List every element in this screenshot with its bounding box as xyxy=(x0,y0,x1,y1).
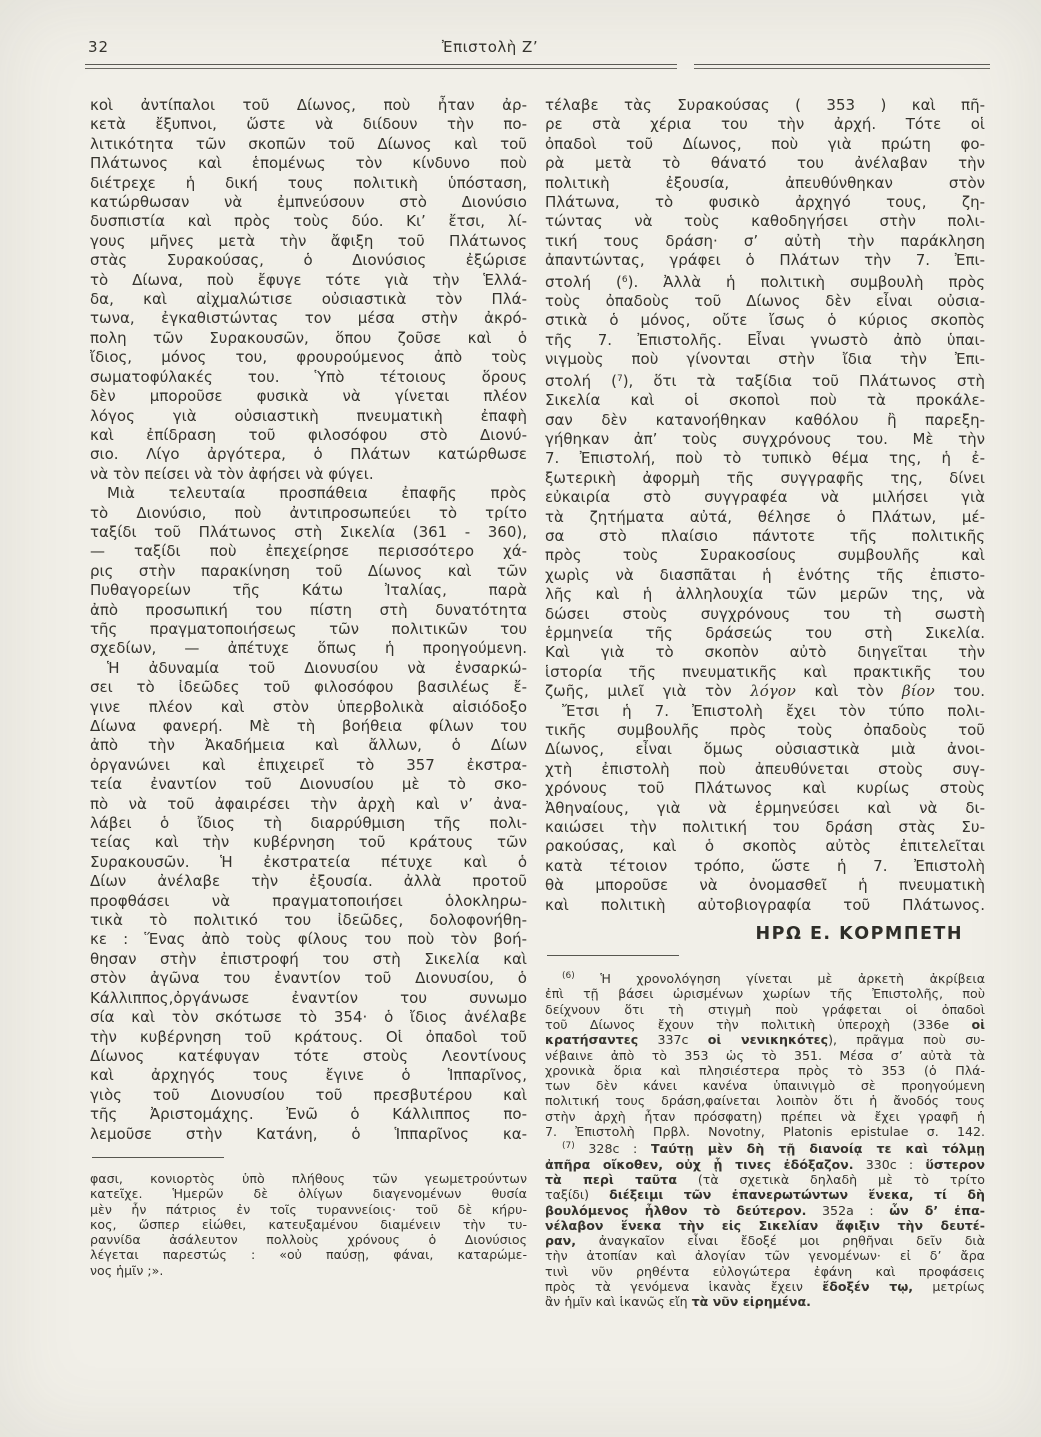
text-line: στὰς Συρακούσας, ὁ Διονύσιος ἐξώρισε xyxy=(90,251,527,270)
text-line: γιὸς τοῦ Διονυσίου τοῦ πρεσβυτέρου καὶ xyxy=(90,1086,527,1105)
text-line: κε : Ἕνας ἀπὸ τοὺς φίλους του ποὺ τὸν βο… xyxy=(90,930,527,949)
text-line: ἀπαντώντας, γράφει ὁ Πλάτων τὴν 7. Ἐπι- xyxy=(545,251,985,270)
text-line: τεία ἐναντίον τοῦ Διονυσίου μὲ τὸ σκο- xyxy=(90,775,527,794)
text-line: τοῦ Δίωνος ἔχουν τὴν πολιτικὴ ὑπεροχὴ (3… xyxy=(545,1017,985,1032)
text-line: στολή (6). Ἀλλὰ ἡ πολιτικὴ συμβουλὴ πρὸς xyxy=(545,271,985,292)
text-line: Δίων ἀνέλαβε τὴν ἐξουσία. ἀλλὰ προτοῦ xyxy=(90,872,527,891)
text-line: Δίωνος, εἶναι ὅμως οὐσιαστικὰ μιὰ ἀνοι- xyxy=(545,740,985,759)
text-line: κος, ὥσπερ εἰώθει, κατευξαμένου διαμένει… xyxy=(90,1217,527,1232)
text-line: τὸ Διονύσιο, ποὺ ἀντιπροσωπεύει τὸ τρίτο xyxy=(90,504,527,523)
footnote-separator-right xyxy=(547,955,679,956)
text-line: Δίωνος κατέφυγαν τότε στοὺς Λεοντίνους xyxy=(90,1047,527,1066)
text-line: Δίωνα φανερή. Μὲ τὴ βοήθεια φίλων του xyxy=(90,717,527,736)
text-line: Πλάτωνα, τὸ φυσικὸ ἀρχηγό τους, ζη- xyxy=(545,193,985,212)
text-line: τὴν ἀτοπίαν καὶ ἀλογίαν τῶν γενομένων· ε… xyxy=(545,1248,985,1263)
text-line: σει τὸ ἰδεῶδες τοῦ φιλοσόφου βασιλέως ἔ- xyxy=(90,678,527,697)
text-line: τῆς 7. Ἐπιστολῆς. Εἶναι γνωστὸ ἀπὸ ὑπαι- xyxy=(545,331,985,350)
text-line: δα, καὶ αἰχμαλώτισε οὐσιαστικὰ τὸν Πλά- xyxy=(90,290,527,309)
text-line: διέτρεχε ἡ δική τους πολιτικὴ ὑπόσταση, xyxy=(90,174,527,193)
text-line: κρατήσαντες 337c οἱ νενικηκότες), πρᾶγμα… xyxy=(545,1032,985,1047)
text-line: νέλαβον ἕνεκα τὴν εἰς Σικελίαν ἄφιξιν τὴ… xyxy=(545,1218,985,1233)
text-line: Ἀθηναίους, γιὰ νὰ ἑρμηνεύσει καὶ νὰ δι- xyxy=(545,799,985,818)
text-line: ἀπὸ τὴν Ἀκαδήμεια καὶ ἄλλων, ὁ Δίων xyxy=(90,736,527,755)
text-line: ἀπῆρα οἴκοθεν, οὐχ ᾗ τινες ἐδόξαζον. 330… xyxy=(545,1157,985,1172)
text-line: λεμοῦσε στὴν Κατάνη, ὁ Ἱππαρῖνος κα- xyxy=(90,1125,527,1144)
text-line: των δὲν κάνει κανένα ὑπαινιγμὸ σὲ προηγο… xyxy=(545,1078,985,1093)
text-line: ἂν ἡμῖν καὶ ἱκανῶς εἴη τὰ νῦν εἰρημένα. xyxy=(545,1294,985,1309)
text-line: πρὸς τοὺς Συρακοσίους συμβουλῆς καὶ xyxy=(545,546,985,565)
text-line: Ἔτσι ἡ 7. Ἐπιστολὴ ἔχει τὸν τύπο πολι- xyxy=(545,702,985,721)
text-line: ἑρμηνεία τῆς δράσεώς του στὴ Σικελία. xyxy=(545,624,985,643)
text-line: χρόνους τοῦ Πλάτωνος καὶ κυρίως στοὺς xyxy=(545,779,985,798)
text-line: λόγος γιὰ οὐσιαστικὴ πνευματικὴ ἐπαφὴ xyxy=(90,407,527,426)
text-line: θησαν στὴν ἐπιστροφή του στὴ Σικελία καὶ xyxy=(90,950,527,969)
text-line: καὶ πολιτικὴ αὐτοβιογραφία τοῦ Πλάτωνος. xyxy=(545,896,985,915)
text-line: γήθηκαν ἀπ’ τοὺς συγχρόνους του. Μὲ τὴν xyxy=(545,430,985,449)
text-line: χωρὶς νὰ διασπᾶται ἡ ἑνότης τῆς ἐπιστο- xyxy=(545,566,985,585)
text-line: ταξίδι) διέξειμι τῶν ἐπανερωτώντων ἕνεκα… xyxy=(545,1187,985,1202)
text-line: προφθάσει νὰ πραγματοποιήσει ὁλοκληρω- xyxy=(90,892,527,911)
text-line: τικὰ τὸ πολιτικό του ἰδεῶδες, δολοφονήθη… xyxy=(90,911,527,930)
text-line: στολή (7), ὅτι τὰ ταξίδια τοῦ Πλάτωνος σ… xyxy=(545,370,985,391)
text-line: σιο. Λίγο ἀργότερα, ὁ Πλάτων κατώρθωσε xyxy=(90,445,527,464)
text-line: νος ἡμῖν ;». xyxy=(90,1263,527,1278)
text-line: τινὶ νῦν ρηθέντα εὐλογώτερα ἐφάνη καὶ πρ… xyxy=(545,1264,985,1279)
text-line: πρὸς τὰ γενόμενα ἱκανὰς ἔχειν ἔδοξέν τῳ,… xyxy=(545,1279,985,1294)
text-line: ρε στὰ χέρια του τὴν ἀρχή. Τότε οἱ xyxy=(545,115,985,134)
text-line: ρακούσας, καὶ ὁ σκοπὸς αὐτὸς ἐπιτελεῖται xyxy=(545,837,985,856)
text-line: ἀπὸ προσωπική του πίστη στὴ δυνατότητα xyxy=(90,601,527,620)
text-line: γινε πλέον καὶ στὸν ὑπερβολικὰ αἰσιόδοξο xyxy=(90,698,527,717)
text-line: λέγεται παρεστώς : «οὐ παύσῃ, φάναι, κατ… xyxy=(90,1247,527,1262)
text-line: κετὰ ἔξυπνοι, ὥστε νὰ διίδουν τὴν πο- xyxy=(90,115,527,134)
text-line: κοὶ ἀντίπαλοι τοῦ Δίωνος, ποὺ ἦταν ἀρ- xyxy=(90,96,527,115)
text-line: τωνα, ἐγκαθιστώντας τον μέσα στὴν ἀκρό- xyxy=(90,309,527,328)
text-line: δώσει στοὺς συγχρόνους του τὴ σωστὴ xyxy=(545,605,985,624)
text-line: ρις στὴν παρακίνηση τοῦ Δίωνος καὶ τῶν xyxy=(90,562,527,581)
text-line: (6) Ἡ χρονολόγηση γίνεται μὲ ἀρκετὴ ἀκρί… xyxy=(545,969,985,986)
left-column-text: κοὶ ἀντίπαλοι τοῦ Δίωνος, ποὺ ἦταν ἀρ-κε… xyxy=(90,96,527,1144)
text-line: τῆς Ἀριστομάχης. Ἐνῶ ὁ Κάλλιππος πο- xyxy=(90,1105,527,1124)
text-line: πολη τῶν Συρακουσῶν, ὅπου ζοῦσε καὶ ὁ xyxy=(90,329,527,348)
text-line: τὰ περὶ ταῦτα (τὰ σχετικὰ δηλαδὴ μὲ τὸ τ… xyxy=(545,1172,985,1187)
text-line: τική τους δράση· σ’ αὐτὴ τὴν παράκληση xyxy=(545,232,985,251)
text-line: χτὴ ἐπιστολὴ ποὺ ἀπευθύνεται στοὺς συγ- xyxy=(545,760,985,779)
text-line: τὰ ζητήματα αὐτά, θέλησε ὁ Πλάτων, μέ- xyxy=(545,508,985,527)
text-line: ἱστορία τῆς πνευματικῆς καὶ πρακτικῆς το… xyxy=(545,663,985,682)
text-line: 7. Ἐπιστολή, ποὺ τὸ τυπικὸ θέμα της, ἡ ἐ… xyxy=(545,449,985,468)
scanned-book-page: 32 Ἐπιστολὴ Ζ’ κοὶ ἀντίπαλοι τοῦ Δίωνος,… xyxy=(0,0,1041,1437)
text-line: τώντας νὰ τοὺς καθοδηγήσει στὴν πολι- xyxy=(545,212,985,231)
text-line: Πυθαγορείων τῆς Κάτω Ἰταλίας, παρὰ xyxy=(90,581,527,600)
text-line: Καὶ γιὰ τὸ σκοπὸν αὐτὸ διηγεῖται τὴν xyxy=(545,643,985,662)
left-column: κοὶ ἀντίπαλοι τοῦ Δίωνος, ποὺ ἦταν ἀρ-κε… xyxy=(90,96,527,1278)
text-line: νέβαινε ἀπὸ τὸ 353 ὡς τὸ 351. Μέσα σ’ αὐ… xyxy=(545,1048,985,1063)
text-line: μὲν ἦν πάτριος ἐν τοῖς τυραννείοις· τοῦ … xyxy=(90,1202,527,1217)
text-line: βουλόμενος ἦλθον τὸ δεύτερον. 352a : ὧν … xyxy=(545,1203,985,1218)
text-line: Ἡ ἀδυναμία τοῦ Διονυσίου νὰ ἐνσαρκώ- xyxy=(90,659,527,678)
text-line: Συρακουσῶν. Ἡ ἐκστρατεία πέτυχε καὶ ὁ xyxy=(90,853,527,872)
text-line: κατεῖχε. Ἡμερῶν δὲ ὀλίγων διαγενομένων θ… xyxy=(90,1186,527,1201)
text-line: Μιὰ τελευταία προσπάθεια ἐπαφῆς πρὸς xyxy=(90,484,527,503)
text-line: ζωῆς, μιλεῖ γιὰ τὸν λόγον καὶ τὸν βίον τ… xyxy=(545,682,985,701)
text-line: καὶ ἀρχηγός τους ἔγινε ὁ Ἱππαρῖνος, xyxy=(90,1066,527,1085)
text-line: λάβει ὁ ἴδιος τὴ διαρρύθμιση τῆς πολι- xyxy=(90,814,527,833)
text-line: ραννίδα ἀσάλευτον πολλοὺς χρόνους ὁ Διον… xyxy=(90,1232,527,1247)
text-line: νὰ τὸν πείσει νὰ τὸν ἀφήσει νὰ φύγει. xyxy=(90,465,527,484)
text-line: σαν δὲν κατανοήθηκαν καθόλου ἢ παρεξη- xyxy=(545,411,985,430)
text-line: 7. Ἐπιστολὴ Πρβλ. Novotny, Platonis epis… xyxy=(545,1124,985,1139)
text-line: πολιτικὴ ἐξουσία, ἀπευθύνθηκαν στὸν xyxy=(545,174,985,193)
text-line: Σικελία καὶ οἱ σκοποὶ ποὺ τὰ προκάλε- xyxy=(545,391,985,410)
text-line: ταξίδι τοῦ Πλάτωνος στὴ Σικελία (361 - 3… xyxy=(90,523,527,542)
text-line: λιτικότητα τῶν σκοπῶν τοῦ Δίωνος καὶ τοῦ xyxy=(90,135,527,154)
header-rule-right xyxy=(694,64,990,69)
text-line: Πλάτωνος καὶ ἑπομένως τὸν κίνδυνο ποὺ xyxy=(90,154,527,173)
text-line: σωματοφύλακές του. Ὑπὸ τέτοιους ὅρους xyxy=(90,368,527,387)
text-line: κατὰ τέτοιον τρόπο, ὥστε ἡ 7. Ἐπιστολὴ xyxy=(545,857,985,876)
footnote-7: (7) 328c : Ταύτῃ μὲν δὴ τῇ διανοίᾳ τε κα… xyxy=(545,1139,985,1309)
left-footnote: φασι, κονιορτὸς ὑπὸ πλήθους τῶν γεωμετρο… xyxy=(90,1171,527,1278)
text-line: τοὺς ὀπαδοὺς τοῦ Δίωνος δὲν εἶναι οὐσια- xyxy=(545,292,985,311)
text-line: ραν, ἀναγκαῖον εἶναι ἔδοξέ μοι ρηθῆναι δ… xyxy=(545,1233,985,1248)
text-line: θὰ μποροῦσε νὰ ὀνομασθεῖ ἡ πνευματικὴ xyxy=(545,876,985,895)
text-line: — ταξίδι ποὺ ἐπεχείρησε περισσότερο χά- xyxy=(90,542,527,561)
text-line: κατώρθωσαν νὰ ἐμπνεύσουν στὸ Διονύσιο xyxy=(90,193,527,212)
text-line: καιώσει τὴν πολιτική του δράση στὰς Συ- xyxy=(545,818,985,837)
text-line: στὴν ἀρχὴ ἦταν πρόσφατη) πρέπει νὰ ἔχει … xyxy=(545,1109,985,1124)
text-line: χρονικὰ ὅρια καὶ πλησιέστερα πρὸς τὸ 353… xyxy=(545,1063,985,1078)
text-line: τὴν κυβέρνηση τοῦ κράτους. Οἱ ὀπαδοὶ τοῦ xyxy=(90,1028,527,1047)
text-line: πὸ νὰ τοῦ ἀφαιρέσει τὴν ἀρχὴ καὶ ν’ ἀνα- xyxy=(90,795,527,814)
text-line: (7) 328c : Ταύτῃ μὲν δὴ τῇ διανοίᾳ τε κα… xyxy=(545,1139,985,1156)
page-header-title: Ἐπιστολὴ Ζ’ xyxy=(0,38,980,56)
text-line: γους μῆνες μετὰ τὴν ἄφιξη τοῦ Πλάτωνος xyxy=(90,232,527,251)
text-line: Κάλλιππος,ὀργάνωσε ἐναντίον του συνωμο xyxy=(90,989,527,1008)
text-line: τῆς πραγματοποιήσεως τῶν πολιτικῶν του xyxy=(90,620,527,639)
text-line: ἴδιος, μόνος του, φρουρούμενος ἀπὸ τοὺς xyxy=(90,348,527,367)
text-line: τὸ Δίωνα, ποὺ ἔφυγε τότε γιὰ τὴν Ἑλλά- xyxy=(90,271,527,290)
text-line: ὀπαδοὶ τοῦ Δίωνος, ποὺ γιὰ πρώτη φο- xyxy=(545,135,985,154)
author-signature: ΗΡΩ Ε. ΚΟΡΜΠΕΤΗ xyxy=(545,924,985,944)
text-line: τείας καὶ τὴν κυβέρνηση τοῦ κράτους τῶν xyxy=(90,833,527,852)
text-line: φασι, κονιορτὸς ὑπὸ πλήθους τῶν γεωμετρο… xyxy=(90,1171,527,1186)
text-line: δυσπιστία καὶ πρὸς τοὺς δύο. Κι’ ἔτσι, λ… xyxy=(90,212,527,231)
text-line: νιγμοὺς ποὺ γίνονται στὴν ἴδια τὴν Ἐπι- xyxy=(545,350,985,369)
text-line: ρὰ μετὰ τὸ θάνατό του ἀνέλαβαν τὴν xyxy=(545,154,985,173)
text-line: σχεδίων, — ἀπέτυχε ὅπως ἡ προηγούμενη. xyxy=(90,639,527,658)
right-column-text: τέλαβε τὰς Συρακούσας ( 353 ) καὶ πῆ-ρε … xyxy=(545,96,985,915)
text-line: λῆς καὶ ἡ ἀλληλουχία τῶν μερῶν της, νὰ xyxy=(545,585,985,604)
text-line: εὐκαιρία στὸ συγγραφέα νὰ μιλήσει γιὰ xyxy=(545,488,985,507)
footnote-separator-left xyxy=(92,1157,224,1158)
text-line: σία καὶ τὸν σκότωσε τὸ 354· ὁ ἴδιος ἀνέλ… xyxy=(90,1008,527,1027)
text-line: τικῆς συμβουλῆς πρὸς τοὺς ὀπαδοὺς τοῦ xyxy=(545,721,985,740)
text-line: στὸν ἀγῶνα του ἐναντίον τοῦ Διονυσίου, ὁ xyxy=(90,969,527,988)
text-line: ἐπὶ τῇ βάσει ὡρισμένων χωρίων τῆς Ἐπιστο… xyxy=(545,986,985,1001)
text-line: στικὰ ὁ μόνος, οὔτε ἴσως ὁ κύριος σκοπὸς xyxy=(545,311,985,330)
text-line: τέλαβε τὰς Συρακούσας ( 353 ) καὶ πῆ- xyxy=(545,96,985,115)
text-line: δὲν μποροῦσε φυσικὰ νὰ γίνεται πλέον xyxy=(90,387,527,406)
text-line: ξωτερικὴ ἀφορμὴ τῆς συγγραφῆς της, δίνει xyxy=(545,469,985,488)
text-line: δείχνουν ὅτι τὴ στιγμὴ ποὺ γράφεται οἱ ὀ… xyxy=(545,1002,985,1017)
right-column: τέλαβε τὰς Συρακούσας ( 353 ) καὶ πῆ-ρε … xyxy=(545,96,985,1310)
text-line: σα στὸ πλαίσιο πάντοτε τῆς πολιτικῆς xyxy=(545,527,985,546)
text-line: ὀργανώνει καὶ ἐπιχειρεῖ τὸ 357 ἐκστρα- xyxy=(90,756,527,775)
footnote-6: (6) Ἡ χρονολόγηση γίνεται μὲ ἀρκετὴ ἀκρί… xyxy=(545,969,985,1139)
text-line: πολιτική τους δράση,φαίνεται λοιπὸν ὅτι … xyxy=(545,1093,985,1108)
text-line: καὶ ἐπίδραση τοῦ φιλοσόφου στὸ Διονύ- xyxy=(90,426,527,445)
header-rule-left xyxy=(85,64,677,69)
